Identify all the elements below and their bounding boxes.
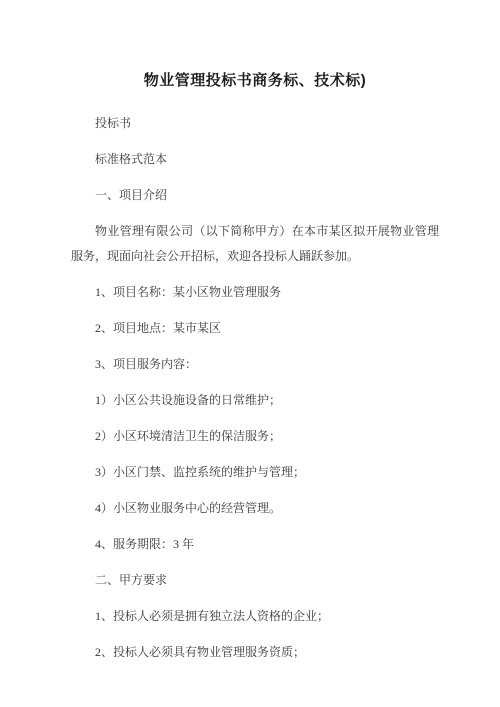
paragraph: 3、项目服务内容： bbox=[71, 352, 439, 377]
paragraph: 物业管理有限公司（以下简称甲方）在本市某区拟开展物业管理服务，现面向社会公开招标… bbox=[71, 219, 439, 269]
document-body: 投标书标准格式范本一、项目介绍物业管理有限公司（以下简称甲方）在本市某区拟开展物… bbox=[71, 111, 439, 665]
paragraph: 3）小区门禁、监控系统的维护与管理； bbox=[71, 460, 439, 485]
paragraph: 4、服务期限：3 年 bbox=[71, 532, 439, 557]
document-page: 物业管理投标书商务标、技术标) 投标书标准格式范本一、项目介绍物业管理有限公司（… bbox=[0, 0, 500, 707]
document-title: 物业管理投标书商务标、技术标) bbox=[71, 68, 439, 93]
paragraph: 二、甲方要求 bbox=[71, 568, 439, 593]
paragraph: 一、项目介绍 bbox=[71, 183, 439, 208]
paragraph: 2）小区环境清洁卫生的保洁服务； bbox=[71, 424, 439, 449]
paragraph: 2、项目地点：某市某区 bbox=[71, 316, 439, 341]
paragraph: 1）小区公共设施设备的日常维护； bbox=[71, 388, 439, 413]
paragraph: 1、项目名称：某小区物业管理服务 bbox=[71, 280, 439, 305]
paragraph: 投标书 bbox=[71, 111, 439, 136]
paragraph: 1、投标人必须是拥有独立法人资格的企业； bbox=[71, 604, 439, 629]
paragraph: 2、投标人必须具有物业管理服务资质； bbox=[71, 640, 439, 665]
paragraph: 4）小区物业服务中心的经营管理。 bbox=[71, 496, 439, 521]
paragraph: 标准格式范本 bbox=[71, 147, 439, 172]
